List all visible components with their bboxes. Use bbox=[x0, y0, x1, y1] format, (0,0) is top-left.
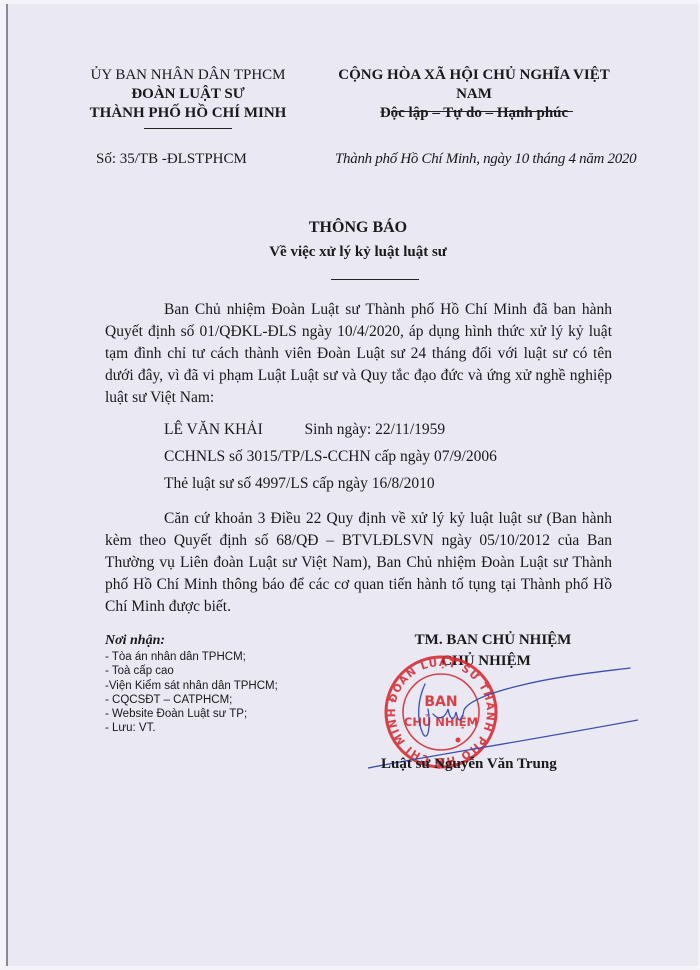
paragraph-basis: Căn cứ khoản 3 Điều 22 Quy định về xử lý… bbox=[105, 508, 612, 618]
left-header-rule bbox=[144, 128, 232, 129]
lawyer-name-row: LÊ VĂN KHẢI Sinh ngày: 22/11/1959 bbox=[164, 421, 445, 439]
right-header-rule bbox=[391, 111, 573, 112]
document-page: ỦY BAN NHÂN DÂN TPHCM ĐOÀN LUẬT SƯ THÀNH… bbox=[6, 4, 698, 966]
recipient-item: -Viện Kiểm sát nhân dân TPHCM; bbox=[105, 679, 278, 693]
document-title: THÔNG BÁO bbox=[8, 219, 700, 237]
document-number: Số: 35/TB -ĐLSTPHCM bbox=[96, 151, 247, 168]
lawyer-card: Thẻ luật sư số 4997/LS cấp ngày 16/8/201… bbox=[164, 475, 435, 493]
title-rule bbox=[331, 279, 419, 280]
signer-name: Luật sư Nguyễn Văn Trung bbox=[381, 756, 557, 773]
authority-line-2: ĐOÀN LUẬT SƯ bbox=[78, 85, 298, 104]
signature-title-1: TM. BAN CHỦ NHIỆM bbox=[368, 632, 618, 649]
birth-label: Sinh ngày: bbox=[304, 421, 371, 438]
national-motto: CỘNG HÒA XÃ HỘI CHỦ NGHĨA VIỆT NAM Độc l… bbox=[324, 66, 624, 123]
paragraph-1-text: Ban Chủ nhiệm Đoàn Luật sư Thành phố Hồ … bbox=[105, 301, 612, 406]
document-subtitle: Về việc xử lý kỷ luật luật sư bbox=[8, 244, 700, 261]
birth-date: 22/11/1959 bbox=[375, 421, 445, 438]
paragraph-decision: Ban Chủ nhiệm Đoàn Luật sư Thành phố Hồ … bbox=[105, 299, 612, 409]
date-line: Thành phố Hồ Chí Minh, ngày 10 tháng 4 n… bbox=[335, 151, 636, 168]
recipient-item: - Website Đoàn Luật sư TP; bbox=[105, 707, 278, 721]
recipient-item: - Tòa án nhân dân TPHCM; bbox=[105, 650, 278, 664]
issuing-authority: ỦY BAN NHÂN DÂN TPHCM ĐOÀN LUẬT SƯ THÀNH… bbox=[78, 66, 298, 123]
lawyer-certificate: CCHNLS số 3015/TP/LS-CCHN cấp ngày 07/9/… bbox=[164, 448, 497, 466]
authority-line-1: ỦY BAN NHÂN DÂN TPHCM bbox=[78, 66, 298, 85]
recipient-item: - Lưu: VT. bbox=[105, 721, 278, 735]
recipient-item: - Toà cấp cao bbox=[105, 664, 278, 678]
country-name: CỘNG HÒA XÃ HỘI CHỦ NGHĨA VIỆT NAM bbox=[324, 66, 624, 104]
paragraph-2-text: Căn cứ khoản 3 Điều 22 Quy định về xử lý… bbox=[105, 510, 612, 615]
recipient-item: - CQCSĐT – CATPHCM; bbox=[105, 693, 278, 707]
lawyer-name: LÊ VĂN KHẢI bbox=[164, 421, 263, 438]
motto: Độc lập – Tự do – Hạnh phúc bbox=[324, 104, 624, 123]
recipients-block: Nơi nhận: - Tòa án nhân dân TPHCM; - Toà… bbox=[105, 632, 278, 736]
recipients-heading: Nơi nhận: bbox=[105, 632, 278, 650]
authority-line-3: THÀNH PHỐ HỒ CHÍ MINH bbox=[78, 104, 298, 123]
